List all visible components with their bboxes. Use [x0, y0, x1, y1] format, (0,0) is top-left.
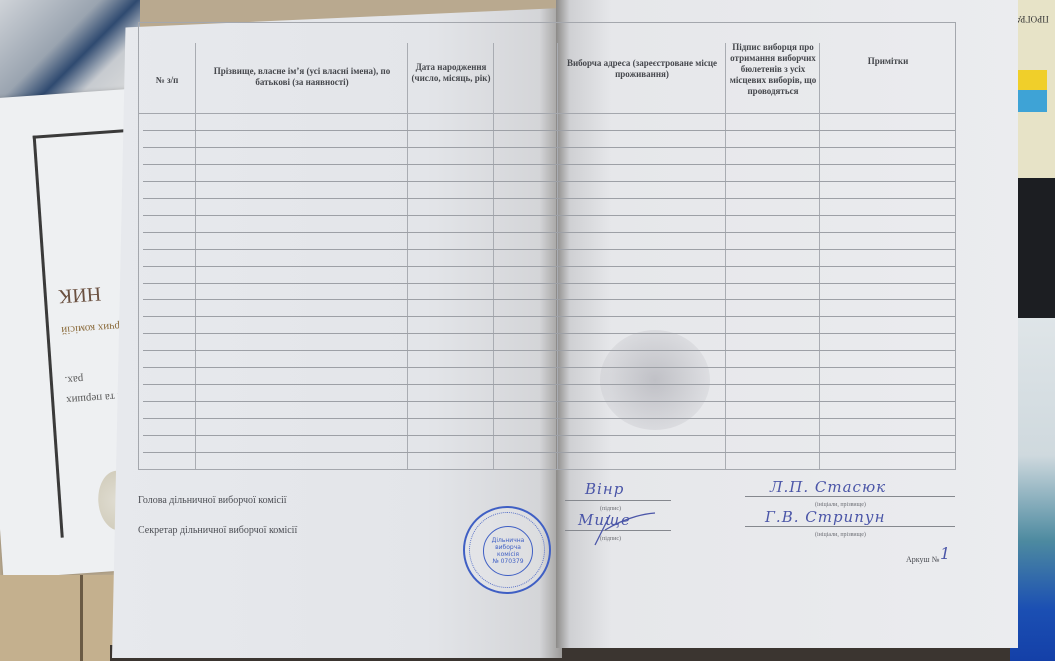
official-stamp: Дільнична виборча комісія № 070379	[463, 506, 551, 594]
table-row-divider	[143, 232, 955, 233]
chair-label: Голова дільничної виборчої комісії	[138, 495, 287, 506]
voter-list-table: № з/п Прізвище, власне ім’я (усі власні …	[138, 22, 956, 470]
column-header-address: Виборча адреса (зареєстроване місце прож…	[559, 37, 725, 101]
table-row-divider	[143, 418, 955, 419]
stamp-line: № 070379	[492, 558, 523, 565]
table-row-divider	[143, 452, 955, 453]
table-header: № з/п Прізвище, власне ім’я (усі власні …	[139, 23, 955, 114]
chair-signature-line	[565, 500, 671, 501]
table-row-divider	[143, 130, 955, 131]
table-row-divider	[143, 249, 955, 250]
secretary-name-line	[745, 526, 955, 527]
upside-down-text: рах.	[64, 373, 83, 386]
column-header-voter-signature: Підпис виборця про отримання виборчих бю…	[727, 27, 819, 111]
column-header-birth-date: Дата народження (число, місяць, рік)	[409, 41, 493, 105]
table-row-divider	[143, 333, 955, 334]
secretary-name: Г.В. Стрипун	[765, 508, 885, 526]
table-row-divider	[143, 147, 955, 148]
secretary-label: Секретар дільничної виборчої комісії	[138, 525, 297, 536]
column-header-number: № з/п	[139, 47, 195, 113]
chair-name-line	[745, 496, 955, 497]
upside-down-heading: НИК	[58, 281, 102, 307]
stamp-inner: Дільнична виборча комісія № 070379	[483, 526, 533, 576]
table-row-divider	[143, 164, 955, 165]
table-row-divider	[143, 283, 955, 284]
background-floor	[0, 575, 115, 661]
stamp-line: Дільнична	[492, 537, 525, 544]
floor-seam	[80, 575, 83, 661]
stamp-line: комісія	[497, 551, 519, 558]
table-row-divider	[143, 181, 955, 182]
stamp-line: виборча	[495, 544, 521, 551]
column-header-blank	[495, 41, 557, 105]
signature-stroke	[590, 505, 660, 550]
sheet-number: 1	[940, 544, 950, 563]
ukraine-flag-icon-blue	[1013, 90, 1047, 112]
name-hint: (ініціали, прізвище)	[815, 532, 866, 538]
column-divider	[493, 43, 494, 469]
table-row-divider	[143, 435, 955, 436]
column-divider	[195, 43, 196, 469]
column-divider	[557, 43, 558, 469]
column-header-full-name: Прізвище, власне ім’я (усі власні імена)…	[197, 47, 407, 107]
table-row-divider	[143, 198, 955, 199]
chair-signature: Вінр	[585, 480, 624, 498]
column-divider	[725, 43, 726, 469]
table-row-divider	[143, 401, 955, 402]
table-row-divider	[143, 350, 955, 351]
ukraine-flag-icon	[1013, 70, 1047, 92]
column-divider	[819, 43, 820, 469]
table-row-divider	[143, 367, 955, 368]
table-row-divider	[143, 316, 955, 317]
table-row-divider	[143, 299, 955, 300]
chair-name: Л.П. Стасюк	[770, 478, 886, 496]
column-divider	[407, 43, 408, 469]
sheet-number-label: Аркуш №	[906, 555, 939, 564]
column-header-notes: Примітки	[821, 33, 955, 89]
table-row-divider	[143, 215, 955, 216]
table-row-divider	[143, 266, 955, 267]
table-row-divider	[143, 384, 955, 385]
